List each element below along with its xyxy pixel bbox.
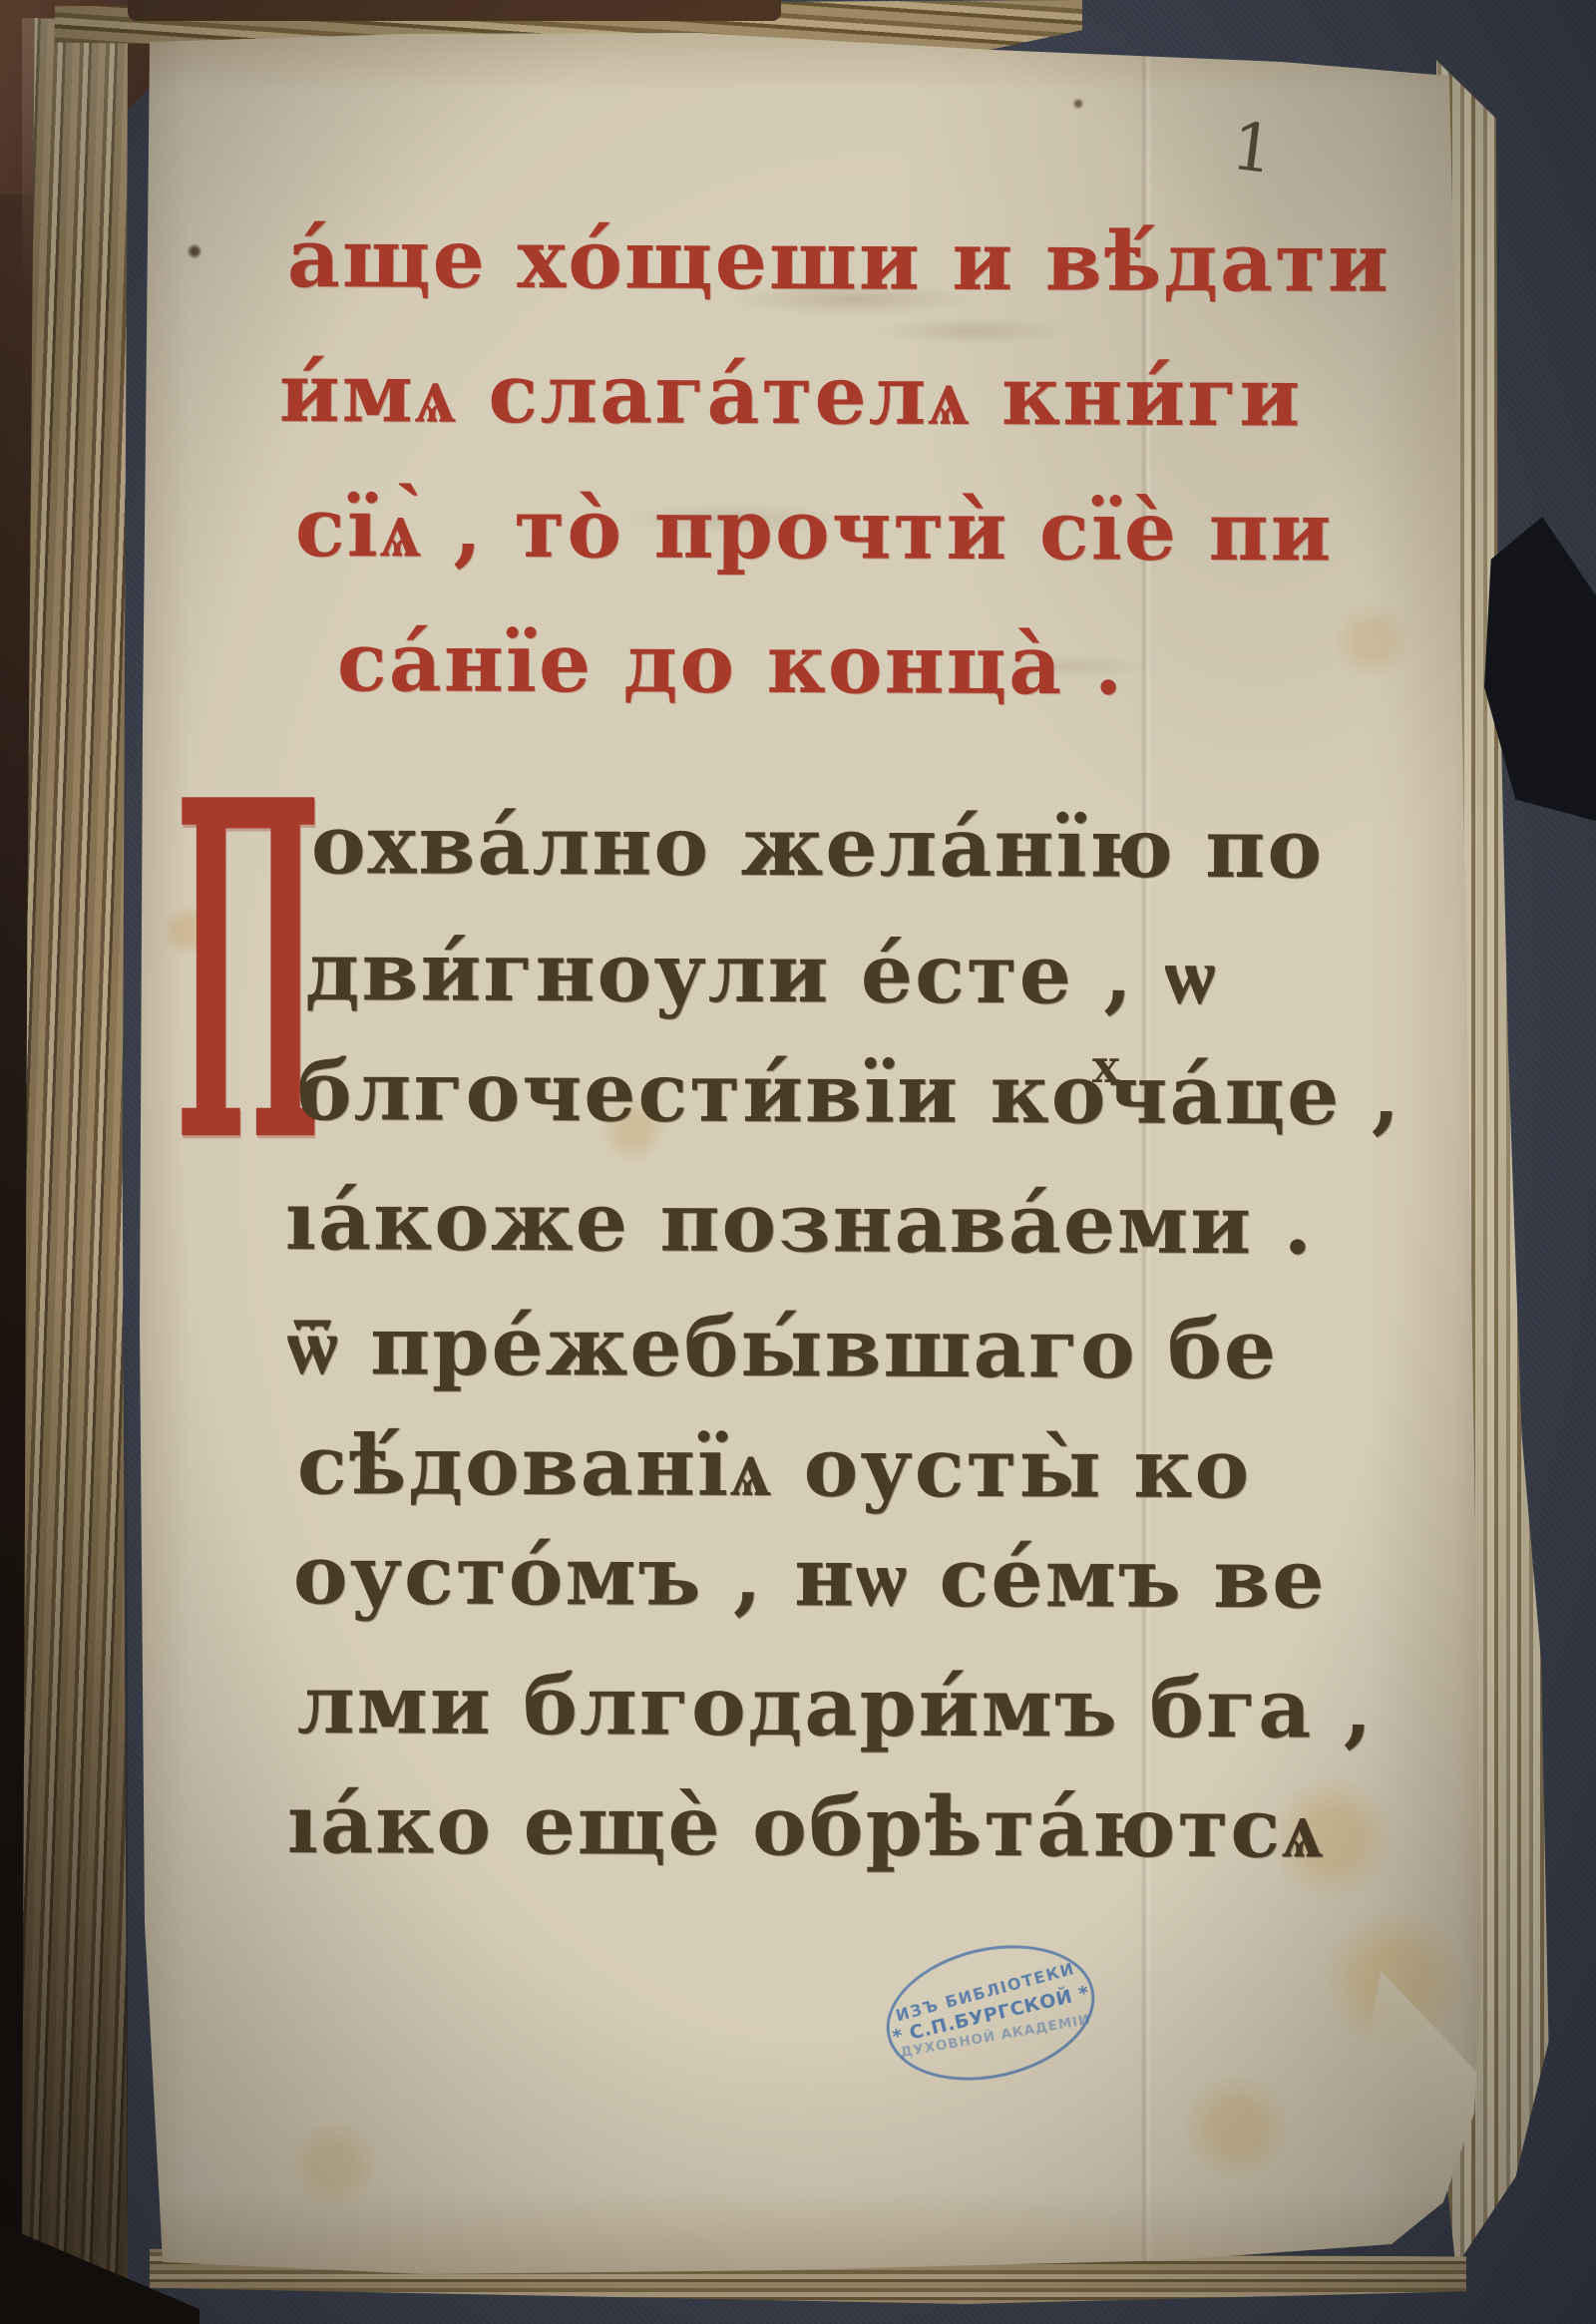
manuscript-page: 1 а́ще хо́щеши и вѣ́дати и́мѧ слага́телѧ… <box>95 28 1516 2284</box>
rubric-line-2: и́мѧ слага́телѧ кни́ги <box>279 352 1303 438</box>
rubric-line-4: са́нїе до конца̀ . <box>337 621 1125 706</box>
rubric-line-3: сїѧ̀ , то̀ прочтѝ сїѐ пи <box>295 487 1334 574</box>
body-line-8: лми блгодари́мъ бга , <box>297 1664 1375 1750</box>
rubric-line-1: а́ще хо́щеши и вѣ́дати <box>287 217 1391 304</box>
top-leather-strip <box>128 0 781 21</box>
body-line-1: охва́лно жела́нїю по <box>311 804 1325 890</box>
gutter-shadow <box>22 18 128 2302</box>
manuscript-photo: 1 а́ще хо́щеши и вѣ́дати и́мѧ слага́телѧ… <box>0 0 1596 2324</box>
body-line-5: ѿ пре́жебы́вшаго бе <box>287 1305 1279 1390</box>
body-line-9: ıа́ко ещѐ обрѣта́ютсѧ <box>287 1783 1326 1870</box>
body-line-3: блгочести́вїи коча́це , <box>297 1050 1402 1137</box>
body-line-7: оусто́мъ , нѡ се́мъ ве <box>293 1534 1327 1621</box>
body-line-2: дви́гноули е́сте , ѡ <box>305 931 1218 1016</box>
body-line-4: ıа́коже познава́еми . <box>285 1180 1315 1266</box>
body-line-6: сѣ́дованїѧ оусты̀ ко <box>297 1424 1252 1510</box>
